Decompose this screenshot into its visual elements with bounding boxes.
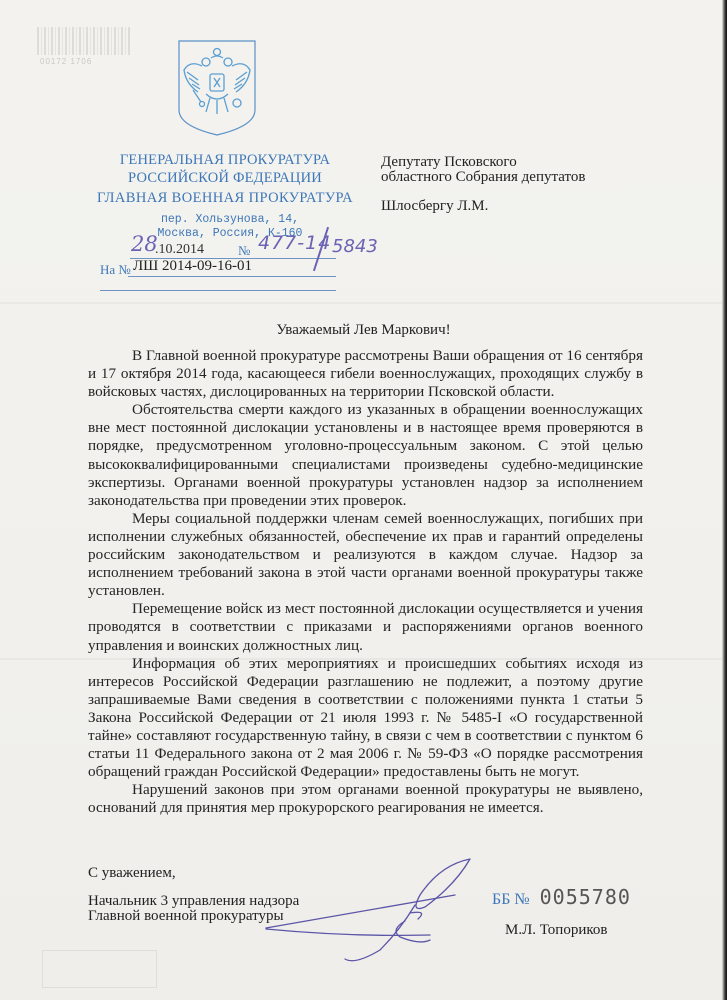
scan-edge (722, 0, 727, 1000)
letter-body: В Главной военной прокуратуре рассмотрен… (88, 347, 643, 817)
handwritten-date-day: 28 (131, 232, 158, 256)
number-symbol: № (238, 243, 250, 259)
closing: С уважением, (88, 865, 176, 882)
letter-page: 00172 1706 ГЕНЕРАЛЬНАЯ ПРОКУРАТУРА РОССИ… (0, 0, 722, 1000)
address-line1: пер. Хользунова, 14, (130, 213, 330, 226)
paragraph: Перемещение войск из мест постоянной дис… (88, 600, 643, 654)
signer-name: М.Л. Топориков (505, 922, 607, 939)
paragraph: Обстоятельства смерти каждого из указанн… (88, 401, 643, 510)
barcode (37, 27, 132, 55)
paragraph: В Главной военной прокуратуре рассмотрен… (88, 347, 643, 401)
fold-line (0, 302, 722, 304)
paragraph: Информация об этих мероприятиях и происш… (88, 655, 643, 782)
serial-label: ББ № (492, 891, 530, 908)
handwritten-reg-suffix: 5843 (332, 236, 378, 257)
org-name-line2: РОССИЙСКОЙ ФЕДЕРАЦИИ (95, 170, 355, 187)
serial-number: 0055780 (540, 885, 631, 909)
ref-number: ЛШ 2014-09-16-01 (133, 258, 252, 275)
barcode-number: 00172 1706 (40, 57, 92, 66)
paragraph: Нарушений законов при этом органами воен… (88, 781, 643, 817)
faint-registration-stamp (42, 950, 157, 988)
addressee-line1: Депутату Псковского (381, 155, 517, 170)
signature-icon (260, 855, 490, 965)
ref-label: На № (100, 262, 131, 278)
serial-number-block: ББ №0055780 (492, 885, 631, 909)
paragraph: Меры социальной поддержки членам семей в… (88, 510, 643, 600)
printed-date: .10.2014 (155, 242, 204, 258)
coat-of-arms-icon (176, 38, 258, 138)
blank-field-line (100, 290, 336, 291)
addressee-line2: областного Собрания депутатов (381, 170, 585, 185)
addressee-name: Шлосбергу Л.М. (381, 199, 488, 214)
org-name-line1: ГЕНЕРАЛЬНАЯ ПРОКУРАТУРА (95, 152, 355, 169)
org-department: ГЛАВНАЯ ВОЕННАЯ ПРОКУРАТУРА (95, 190, 355, 207)
salutation: Уважаемый Лев Маркович! (0, 322, 727, 339)
